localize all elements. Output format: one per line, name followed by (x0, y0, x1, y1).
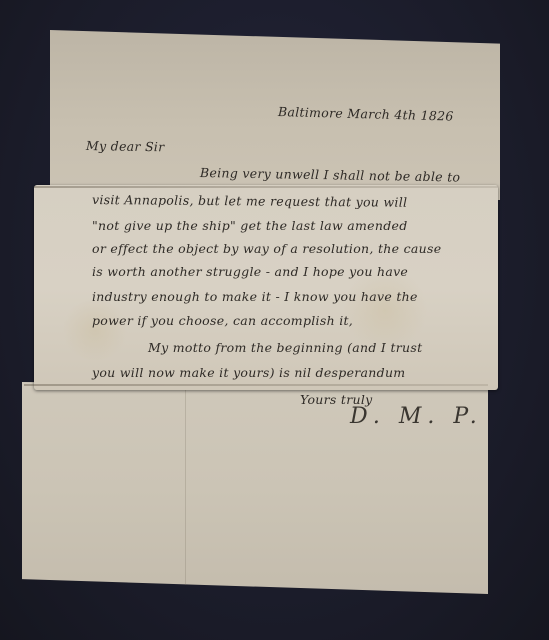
letter-body-line: you will now make it yours) is nil despe… (92, 365, 405, 380)
letter-body-line: "not give up the ship" get the last law … (92, 218, 408, 233)
fold-crease-upper (34, 186, 498, 188)
letter-body-line: visit Annapolis, but let me request that… (92, 192, 407, 210)
letter-salutation: My dear Sir (86, 138, 165, 154)
letter-signature: D. M. P. (350, 404, 483, 429)
letter-middle-panel (34, 185, 498, 390)
paper-stain (60, 300, 130, 360)
letter-body-line: My motto from the beginning (and I trust (148, 340, 422, 355)
letter-body-line: or effect the object by way of a resolut… (92, 241, 441, 256)
letter-body-line: power if you choose, can accomplish it, (92, 313, 353, 328)
letter-body-line: industry enough to make it - I know you … (92, 289, 418, 304)
letter-body-line: is worth another struggle - and I hope y… (92, 264, 408, 279)
photo-stage: Baltimore March 4th 1826 My dear Sir Bei… (0, 0, 549, 640)
vertical-fold-line (185, 385, 186, 585)
fold-crease-lower (24, 384, 488, 386)
paper-stain (340, 270, 430, 350)
